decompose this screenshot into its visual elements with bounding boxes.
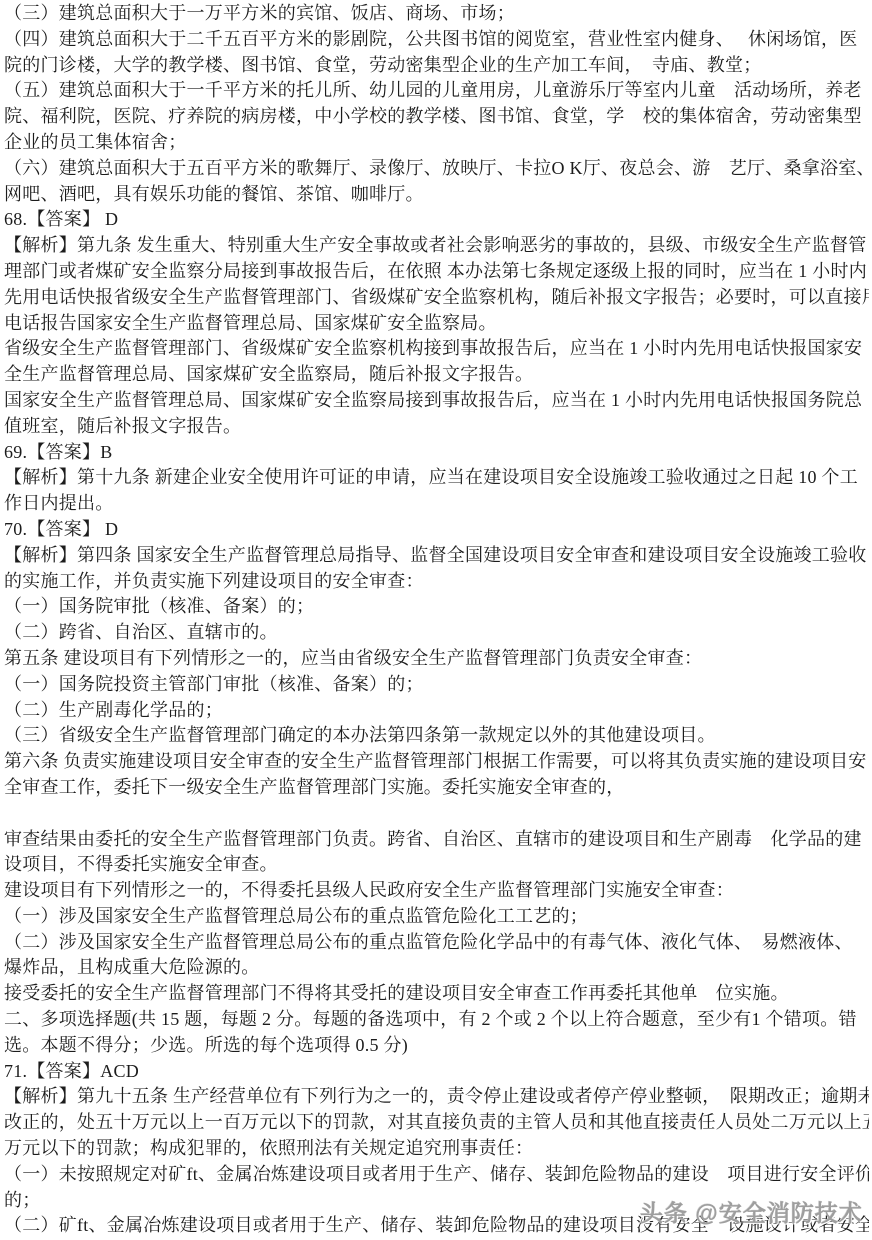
text-line: 第五条 建设项目有下列情形之一的，应当由省级安全生产监督管理部门负责安全审查： — [4, 646, 869, 672]
toutiao-watermark: 头条 @安全消防技术 — [640, 1195, 863, 1228]
text-line: 万元以下的罚款；构成犯罪的，依照刑法有关规定追究刑事责任： — [4, 1136, 869, 1162]
text-line: 电话报告国家安全生产监督管理总局、国家煤矿安全监察局。 — [4, 311, 869, 337]
text-line: 爆炸品，且构成重大危险源的。 — [4, 955, 869, 981]
text-line: 【解析】第四条 国家安全生产监督管理总局指导、监督全国建设项目安全审查和建设项目… — [4, 543, 869, 569]
text-line: 69.【答案】B — [4, 440, 869, 466]
text-line: 省级安全生产监督管理部门、省级煤矿安全监察机构接到事故报告后，应当在 1 小时内… — [4, 336, 869, 362]
text-line: 的实施工作，并负责实施下列建设项目的安全审查： — [4, 569, 869, 595]
text-line: 企业的员工集体宿舍； — [4, 130, 869, 156]
text-line: 建设项目有下列情形之一的，不得委托县级人民政府安全生产监督管理部门实施安全审查： — [4, 878, 869, 904]
text-line: （一）涉及国家安全生产监督管理总局公布的重点监管危险化工工艺的； — [4, 904, 869, 930]
text-line: 68.【答案】 D — [4, 207, 869, 233]
text-line: 国家安全生产监督管理总局、国家煤矿安全监察局接到事故报告后，应当在 1 小时内先… — [4, 388, 869, 414]
text-line: 院的门诊楼，大学的教学楼、图书馆、食堂，劳动密集型企业的生产加工车间， 寺庙、教… — [4, 53, 869, 79]
text-line: 值班室，随后补报文字报告。 — [4, 414, 869, 440]
answer-key-document: （三）建筑总面积大于一万平方米的宾馆、饭店、商场、市场；（四）建筑总面积大于二千… — [0, 0, 872, 1239]
text-line: （五）建筑总面积大于一千平方米的托儿所、幼儿园的儿童用房，儿童游乐厅等室内儿童 … — [4, 78, 869, 104]
text-line: 70.【答案】 D — [4, 517, 869, 543]
document-lines: （三）建筑总面积大于一万平方米的宾馆、饭店、商场、市场；（四）建筑总面积大于二千… — [4, 1, 869, 1239]
text-line: 审查结果由委托的安全生产监督管理部门负责。跨省、自治区、直辖市的建设项目和生产剧… — [4, 827, 869, 853]
text-line: 【解析】第九条 发生重大、特别重大生产安全事故或者社会影响恶劣的事故的，县级、市… — [4, 233, 869, 259]
text-line: （二）跨省、自治区、直辖市的。 — [4, 620, 869, 646]
text-line: （一）未按照规定对矿ft、金属冶炼建设项目或者用于生产、储存、装卸危险物品的建设… — [4, 1162, 869, 1188]
text-line: （一）国务院投资主管部门审批（核准、备案）的； — [4, 672, 869, 698]
text-line: 71.【答案】ACD — [4, 1059, 869, 1085]
text-line: 【解析】第九十五条 生产经营单位有下列行为之一的，责令停止建设或者停产停业整顿，… — [4, 1084, 869, 1110]
text-line: 全审查工作，委托下一级安全生产监督管理部门实施。委托实施安全审查的， — [4, 775, 869, 801]
text-line: 作日内提出。 — [4, 491, 869, 517]
text-line: 第六条 负责实施建设项目安全审查的安全生产监督管理部门根据工作需要，可以将其负责… — [4, 749, 869, 775]
text-line: （一）国务院审批（核准、备案）的； — [4, 594, 869, 620]
text-line: 网吧、酒吧，具有娱乐功能的餐馆、茶馆、咖啡厅。 — [4, 182, 869, 208]
text-line: （三）省级安全生产监督管理部门确定的本办法第四条第一款规定以外的其他建设项目。 — [4, 723, 869, 749]
text-line: 理部门或者煤矿安全监察分局接到事故报告后，在依照 本办法第七条规定逐级上报的同时… — [4, 259, 869, 285]
text-line: 【解析】第十九条 新建企业安全使用许可证的申请，应当在建设项目安全设施竣工验收通… — [4, 465, 869, 491]
text-line: （四）建筑总面积大于二千五百平方米的影剧院，公共图书馆的阅览室，营业性室内健身、… — [4, 27, 869, 53]
text-line: 二、多项选择题(共 15 题，每题 2 分。每题的备选项中，有 2 个或 2 个… — [4, 1007, 869, 1033]
text-line: （三）建筑总面积大于一万平方米的宾馆、饭店、商场、市场； — [4, 1, 869, 27]
text-line: （二）生产剧毒化学品的； — [4, 698, 869, 724]
text-line: 选。本题不得分；少选。所选的每个选项得 0.5 分) — [4, 1033, 869, 1059]
text-line — [4, 801, 869, 827]
text-line: 改正的，处五十万元以上一百万元以下的罚款，对其直接负责的主管人员和其他直接责任人… — [4, 1110, 869, 1136]
text-line: （二）涉及国家安全生产监督管理总局公布的重点监管危险化学品中的有毒气体、液化气体… — [4, 930, 869, 956]
text-line: 院、福利院，医院、疗养院的病房楼，中小学校的教学楼、图书馆、食堂，学 校的集体宿… — [4, 104, 869, 130]
text-line: 设项目，不得委托实施安全审查。 — [4, 852, 869, 878]
text-line: 先用电话快报省级安全生产监督管理部门、省级煤矿安全监察机构，随后补报文字报告；必… — [4, 285, 869, 311]
text-line: 接受委托的安全生产监督管理部门不得将其受托的建设项目安全审查工作再委托其他单 位… — [4, 981, 869, 1007]
text-line: （六）建筑总面积大于五百平方米的歌舞厅、录像厅、放映厅、卡拉O K厅、夜总会、游… — [4, 156, 869, 182]
text-line: 全生产监督管理总局、国家煤矿安全监察局，随后补报文字报告。 — [4, 362, 869, 388]
